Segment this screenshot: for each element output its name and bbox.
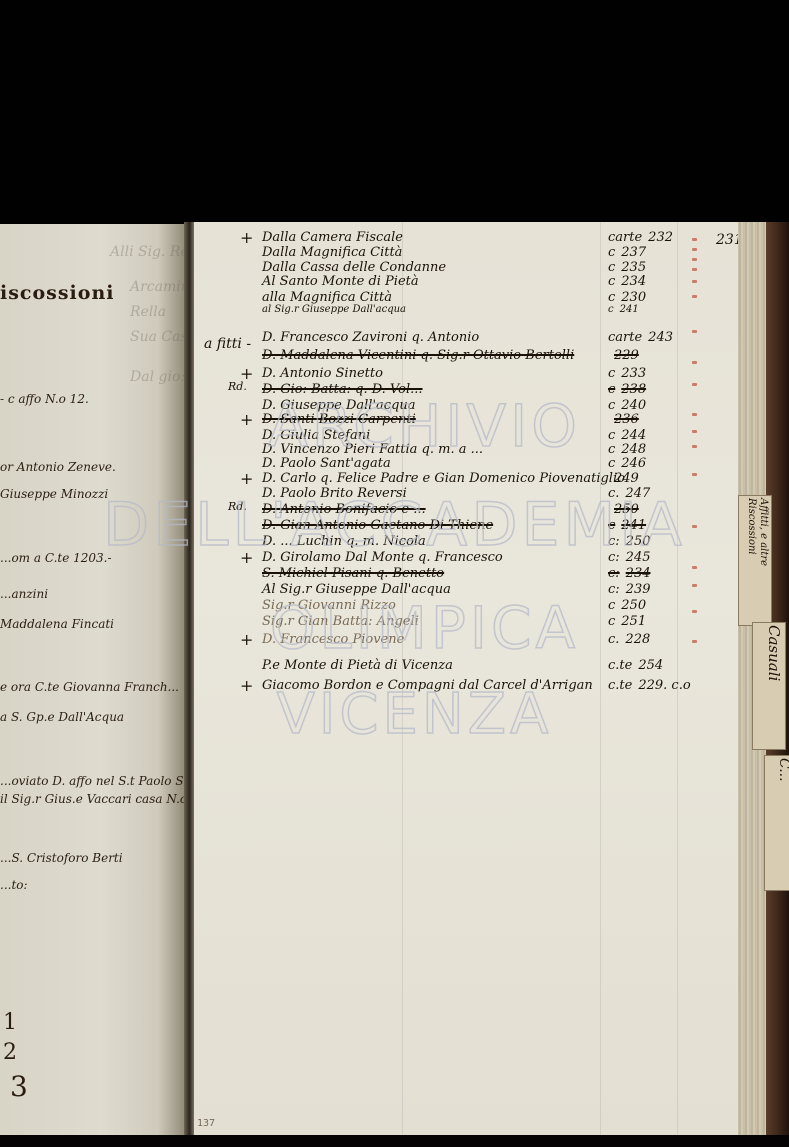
entry-ref-number: 243 xyxy=(648,330,673,345)
entry-name: Dalla Cassa delle Condanne xyxy=(262,260,446,275)
folio-stamp: 137 xyxy=(197,1118,215,1129)
ledger-row: al Sig.r Giuseppe Dall'acquac241 xyxy=(262,304,702,322)
entry-ref-prefix: c: xyxy=(608,566,620,581)
entry-reference: 249 xyxy=(608,471,698,486)
entry-ref-number: 234 xyxy=(626,566,651,581)
entry-name: D. Maddalena Vicentini q. Sig.r Ottavio … xyxy=(262,348,574,363)
ledger-row: D. Francesco Zavironi q. Antoniocarte243 xyxy=(262,330,702,348)
entry-reference: c233 xyxy=(608,366,698,381)
left-heading: iscossioni xyxy=(0,282,114,304)
ledger-row: D. Maddalena Vicentini q. Sig.r Ottavio … xyxy=(262,348,702,366)
entry-ref-prefix: c xyxy=(608,245,615,260)
entry-ref-number: 229 xyxy=(614,348,639,363)
background-top xyxy=(0,0,789,222)
entry-name: Dalla Camera Fiscale xyxy=(262,230,403,245)
entry-name: Dalla Magnifica Città xyxy=(262,245,402,260)
entry-ref-number: 232 xyxy=(648,230,673,245)
entry-name: Al Santo Monte di Pietà xyxy=(262,274,419,289)
left-page-numeral: 2 xyxy=(3,1040,17,1065)
left-page-line: ...to: xyxy=(0,878,28,892)
entry-reference: c234 xyxy=(608,274,698,289)
watermark-line-2: DELL'ACCADEMIA xyxy=(0,490,789,560)
entry-ref-prefix: c xyxy=(608,304,614,315)
entry-ref-number: 249 xyxy=(614,471,639,486)
left-page-line: il Sig.r Gius.e Vaccari casa N.o 1: xyxy=(0,792,203,806)
left-ghost-text: Dal gio: xyxy=(130,369,185,385)
left-ghost-text: Arcamin xyxy=(130,279,190,295)
entry-ref-prefix: c xyxy=(608,366,615,381)
entry-ref-number: 234 xyxy=(621,274,646,289)
watermark-line-3: OLIMPICA xyxy=(0,594,789,662)
background-bottom xyxy=(0,1135,789,1147)
left-page-line: ...S. Cristoforo Berti xyxy=(0,851,123,865)
entry-name: D. Francesco Zavironi q. Antonio xyxy=(262,330,479,345)
entry-name: al Sig.r Giuseppe Dall'acqua xyxy=(262,304,406,315)
entry-name: S. Michiel Pisani q. Benetto xyxy=(262,566,444,581)
entry-ref-number: 237 xyxy=(621,245,646,260)
index-tab-third[interactable]: C... xyxy=(764,755,789,891)
left-page-numeral: 1 xyxy=(3,1010,17,1035)
entry-ref-prefix: c xyxy=(608,260,615,275)
entry-name: alla Magnifica Città xyxy=(262,290,392,305)
entry-name: D. Carlo q. Felice Padre e Gian Domenico… xyxy=(262,471,625,486)
entry-name: D. Antonio Sinetto xyxy=(262,366,383,381)
entry-reference: c235 xyxy=(608,260,698,275)
entry-ref-number: 235 xyxy=(621,260,646,275)
entry-reference: c237 xyxy=(608,245,698,260)
entry-reference: carte243 xyxy=(608,330,698,345)
left-page-line: or Antonio Zeneve. xyxy=(0,460,116,474)
entry-reference: carte232 xyxy=(608,230,698,245)
entry-reference: c241 xyxy=(608,304,698,315)
entry-reference: c230 xyxy=(608,290,698,305)
watermark-line-1: ARCHIVIO xyxy=(0,392,789,460)
entry-ref-number: 233 xyxy=(621,366,646,381)
cross-mark-icon: + xyxy=(240,469,253,488)
entry-ref-prefix: carte xyxy=(608,330,642,345)
margin-label-affitti: a fitti - xyxy=(204,336,251,352)
entry-reference: c:234 xyxy=(608,566,698,581)
entry-ref-number: 230 xyxy=(621,290,646,305)
left-ghost-text: Rella xyxy=(130,304,166,320)
entry-ref-prefix: c xyxy=(608,274,615,289)
entry-reference: 229 xyxy=(608,348,698,363)
left-page-numeral: 3 xyxy=(10,1070,28,1103)
index-tab-label: C... xyxy=(776,758,789,782)
entry-ref-prefix: c xyxy=(608,290,615,305)
entry-ref-prefix: carte xyxy=(608,230,642,245)
cross-mark-icon: + xyxy=(240,228,253,247)
watermark-line-4: VICENZA xyxy=(0,682,789,747)
entry-ref-number: 241 xyxy=(620,304,639,315)
